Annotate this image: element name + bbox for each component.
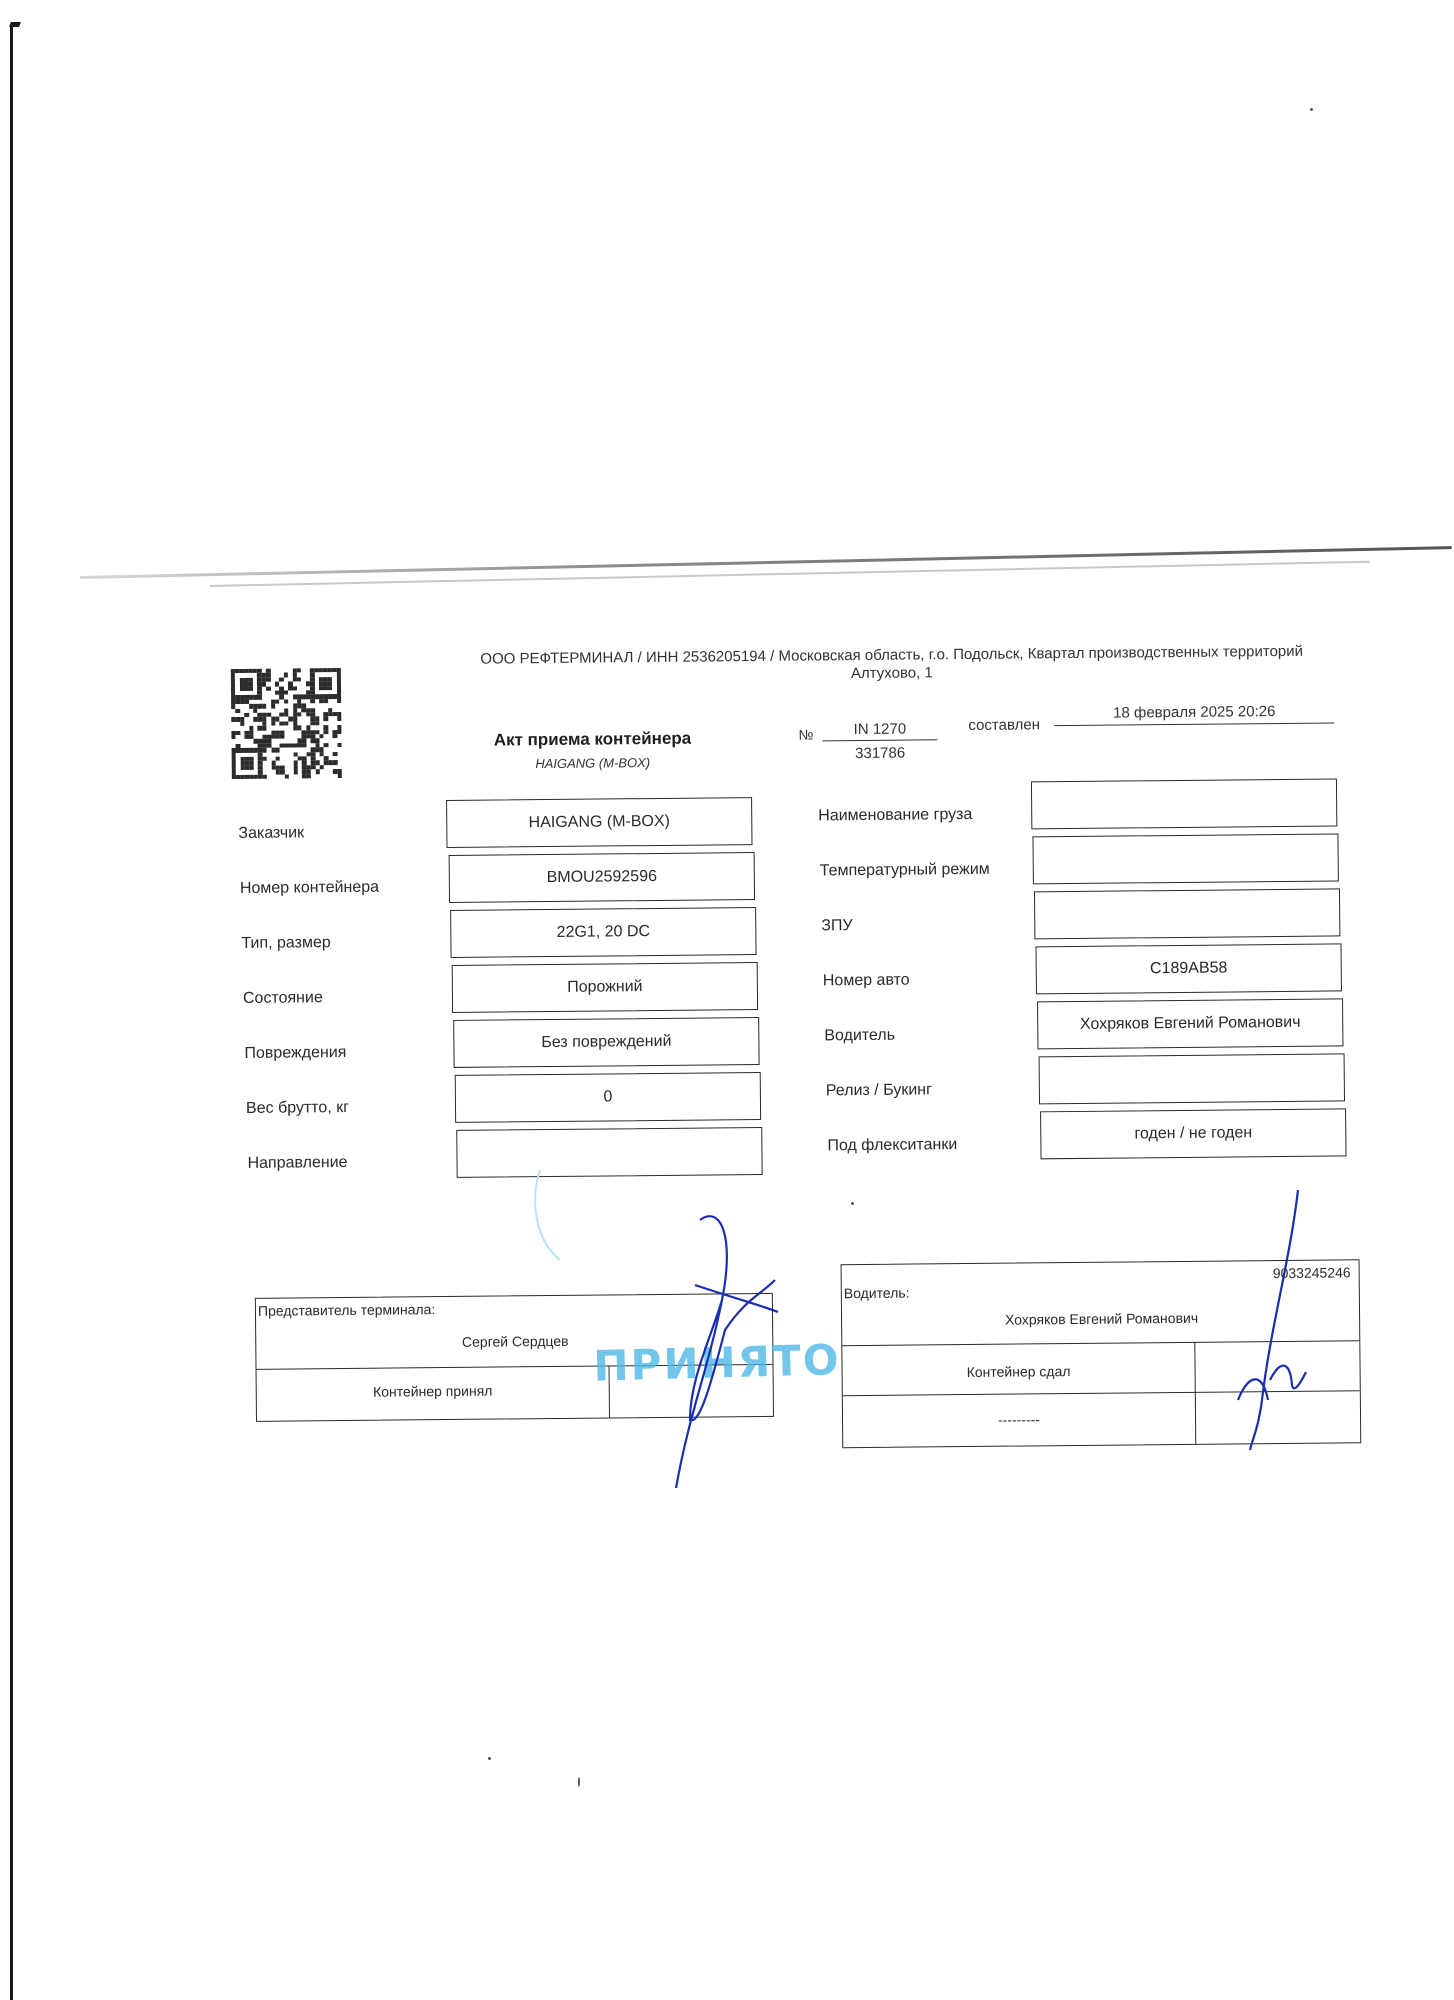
field-label-flexitank: Под флекситанки (827, 1136, 957, 1155)
scan-speck (488, 1757, 491, 1760)
field-value-direction (456, 1127, 762, 1178)
divider (843, 1390, 1360, 1396)
organization-header: ООО РЕФТЕРМИНАЛ / ИНН 2536205194 / Моско… (452, 642, 1332, 686)
field-label-cargo-name: Наименование груза (818, 806, 972, 825)
field-value-flexitank: годен / не годен (1040, 1108, 1346, 1159)
field-value-seal (1034, 888, 1340, 939)
field-label-container-number: Номер контейнера (240, 879, 379, 898)
field-label-temperature-mode: Температурный режим (820, 861, 990, 881)
field-label-direction: Направление (247, 1154, 347, 1173)
field-value-cargo-name (1031, 778, 1337, 829)
document-title: Акт приема контейнера (467, 728, 717, 750)
container-acceptance-act: ООО РЕФТЕРМИНАЛ / ИНН 2536205194 / Моско… (0, 0, 1454, 2000)
field-value-release-booking (1039, 1053, 1345, 1104)
terminal-action-label: Контейнер принял (257, 1381, 609, 1400)
composed-datetime: 18 февраля 2025 20:26 (1054, 702, 1334, 726)
driver-placeholder: --------- (843, 1410, 1195, 1429)
number-sign: № (798, 726, 813, 742)
field-value-type-size: 22G1, 20 DC (450, 907, 756, 958)
driver-signature-block: Водитель: 9033245246 Хохряков Евгений Ро… (841, 1259, 1362, 1448)
driver-heading: Водитель: (844, 1285, 910, 1302)
driver-action-label: Контейнер сдал (843, 1362, 1195, 1381)
scan-speck (851, 1202, 854, 1205)
driver-phone: 9033245246 (1273, 1264, 1351, 1281)
field-label-damage: Повреждения (244, 1044, 346, 1063)
divider (842, 1340, 1359, 1346)
field-label-driver: Водитель (824, 1027, 895, 1046)
field-value-customer: HAIGANG (M-BOX) (446, 797, 752, 848)
field-label-release-booking: Релиз / Букинг (826, 1081, 932, 1100)
field-label-condition: Состояние (243, 989, 323, 1008)
field-label-type-size: Тип, размер (241, 934, 330, 953)
scan-speck (578, 1777, 580, 1787)
composed-label: составлен (968, 716, 1040, 734)
scan-speck (1310, 108, 1313, 111)
field-value-vehicle-number: С189АВ58 (1035, 943, 1341, 994)
terminal-heading: Представитель терминала: (258, 1301, 436, 1319)
qr-code-icon (231, 668, 342, 779)
field-value-temperature-mode (1032, 833, 1338, 884)
document-sub-number: 331786 (823, 744, 938, 762)
document-number: IN 1270 (822, 720, 937, 741)
field-label-customer: Заказчик (238, 824, 304, 843)
field-label-seal: ЗПУ (821, 917, 852, 935)
driver-name: Хохряков Евгений Романович (842, 1308, 1361, 1329)
document-subtitle: HAIGANG (M-BOX) (468, 754, 718, 771)
field-value-gross-weight: 0 (455, 1072, 761, 1123)
field-label-vehicle-number: Номер авто (823, 972, 910, 991)
field-value-driver: Хохряков Евгений Романович (1037, 998, 1343, 1049)
field-value-container-number: BMOU2592596 (449, 852, 755, 903)
field-value-damage: Без повреждений (453, 1017, 759, 1068)
accepted-stamp: ПРИНЯТО (593, 1335, 841, 1391)
field-label-gross-weight: Вес брутто, кг (246, 1099, 349, 1118)
field-value-condition: Порожний (452, 962, 758, 1013)
